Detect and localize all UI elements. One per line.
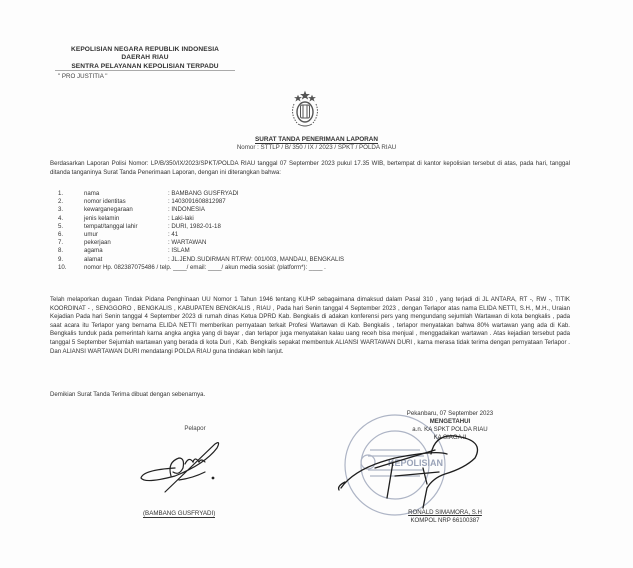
document-page: KEPOLISIAN NEGARA REPUBLIK INDONESIA DAE… <box>0 0 633 568</box>
officer-name-block: RONALD SIMAMORA, S.H KOMPOL NRP 66100387 <box>385 509 505 524</box>
intro-paragraph: Berdasarkan Laporan Polisi Nomor: LP/B/3… <box>50 160 570 177</box>
list-item: 5.tempat/tanggal lahir: DURI, 1982-01-18 <box>58 223 578 231</box>
list-item: 7.pekerjaan: WARTAWAN <box>58 239 578 247</box>
list-item: 8.agama: ISLAM <box>58 247 578 255</box>
document-title: SURAT TANDA PENERIMAAN LAPORAN <box>0 136 633 143</box>
reporter-role: Pelapor <box>140 425 250 432</box>
report-paragraph: Telah melaporkan dugaan Tindak Pidana Pe… <box>50 296 570 356</box>
reporter-signature <box>135 432 245 504</box>
letterhead: KEPOLISIAN NEGARA REPUBLIK INDONESIA DAE… <box>55 46 235 71</box>
officer-rank: KOMPOL NRP 66100387 <box>385 517 505 525</box>
list-item: 3.kewarganegaraan: INDONESIA <box>58 206 578 214</box>
pro-justitia: " PRO JUSTITIA " <box>58 73 107 80</box>
document-number: Nomor : STTLP / B/ 350 / IX / 2023 / SPK… <box>0 144 633 151</box>
letterhead-line-1: KEPOLISIAN NEGARA REPUBLIK INDONESIA <box>55 46 235 54</box>
list-item: 9.alamat: JL.JEND.SUDIRMAN RT/RW: 001/00… <box>58 256 578 264</box>
list-item: 2.nomor identitas: 1403091608812987 <box>58 198 578 206</box>
acknowledged-label: MENGETAHUI <box>380 418 520 426</box>
officer-signature <box>335 428 505 510</box>
list-item: 4.jenis kelamin: Laki-laki <box>58 215 578 223</box>
reporter-name: (BAMBANG GUSFRYADI) <box>143 510 215 518</box>
police-emblem-icon <box>285 90 325 130</box>
reporter-details-list: 1.nama: BAMBANG GUSFRYADI 2.nomor identi… <box>58 190 578 272</box>
closing-statement: Demikian Surat Tanda Terima dibuat denga… <box>50 391 570 400</box>
list-item: 6.umur: 41 <box>58 231 578 239</box>
letterhead-divider <box>55 70 235 71</box>
place-date: Pekanbaru, 07 September 2023 <box>380 410 520 418</box>
list-item: 10.nomor Hp. 082387075486 / telp. ____/ … <box>58 264 578 272</box>
officer-name: RONALD SIMAMORA, S.H <box>385 509 505 517</box>
list-item: 1.nama: BAMBANG GUSFRYADI <box>58 190 578 198</box>
letterhead-line-2: DAERAH RIAU <box>55 54 235 62</box>
